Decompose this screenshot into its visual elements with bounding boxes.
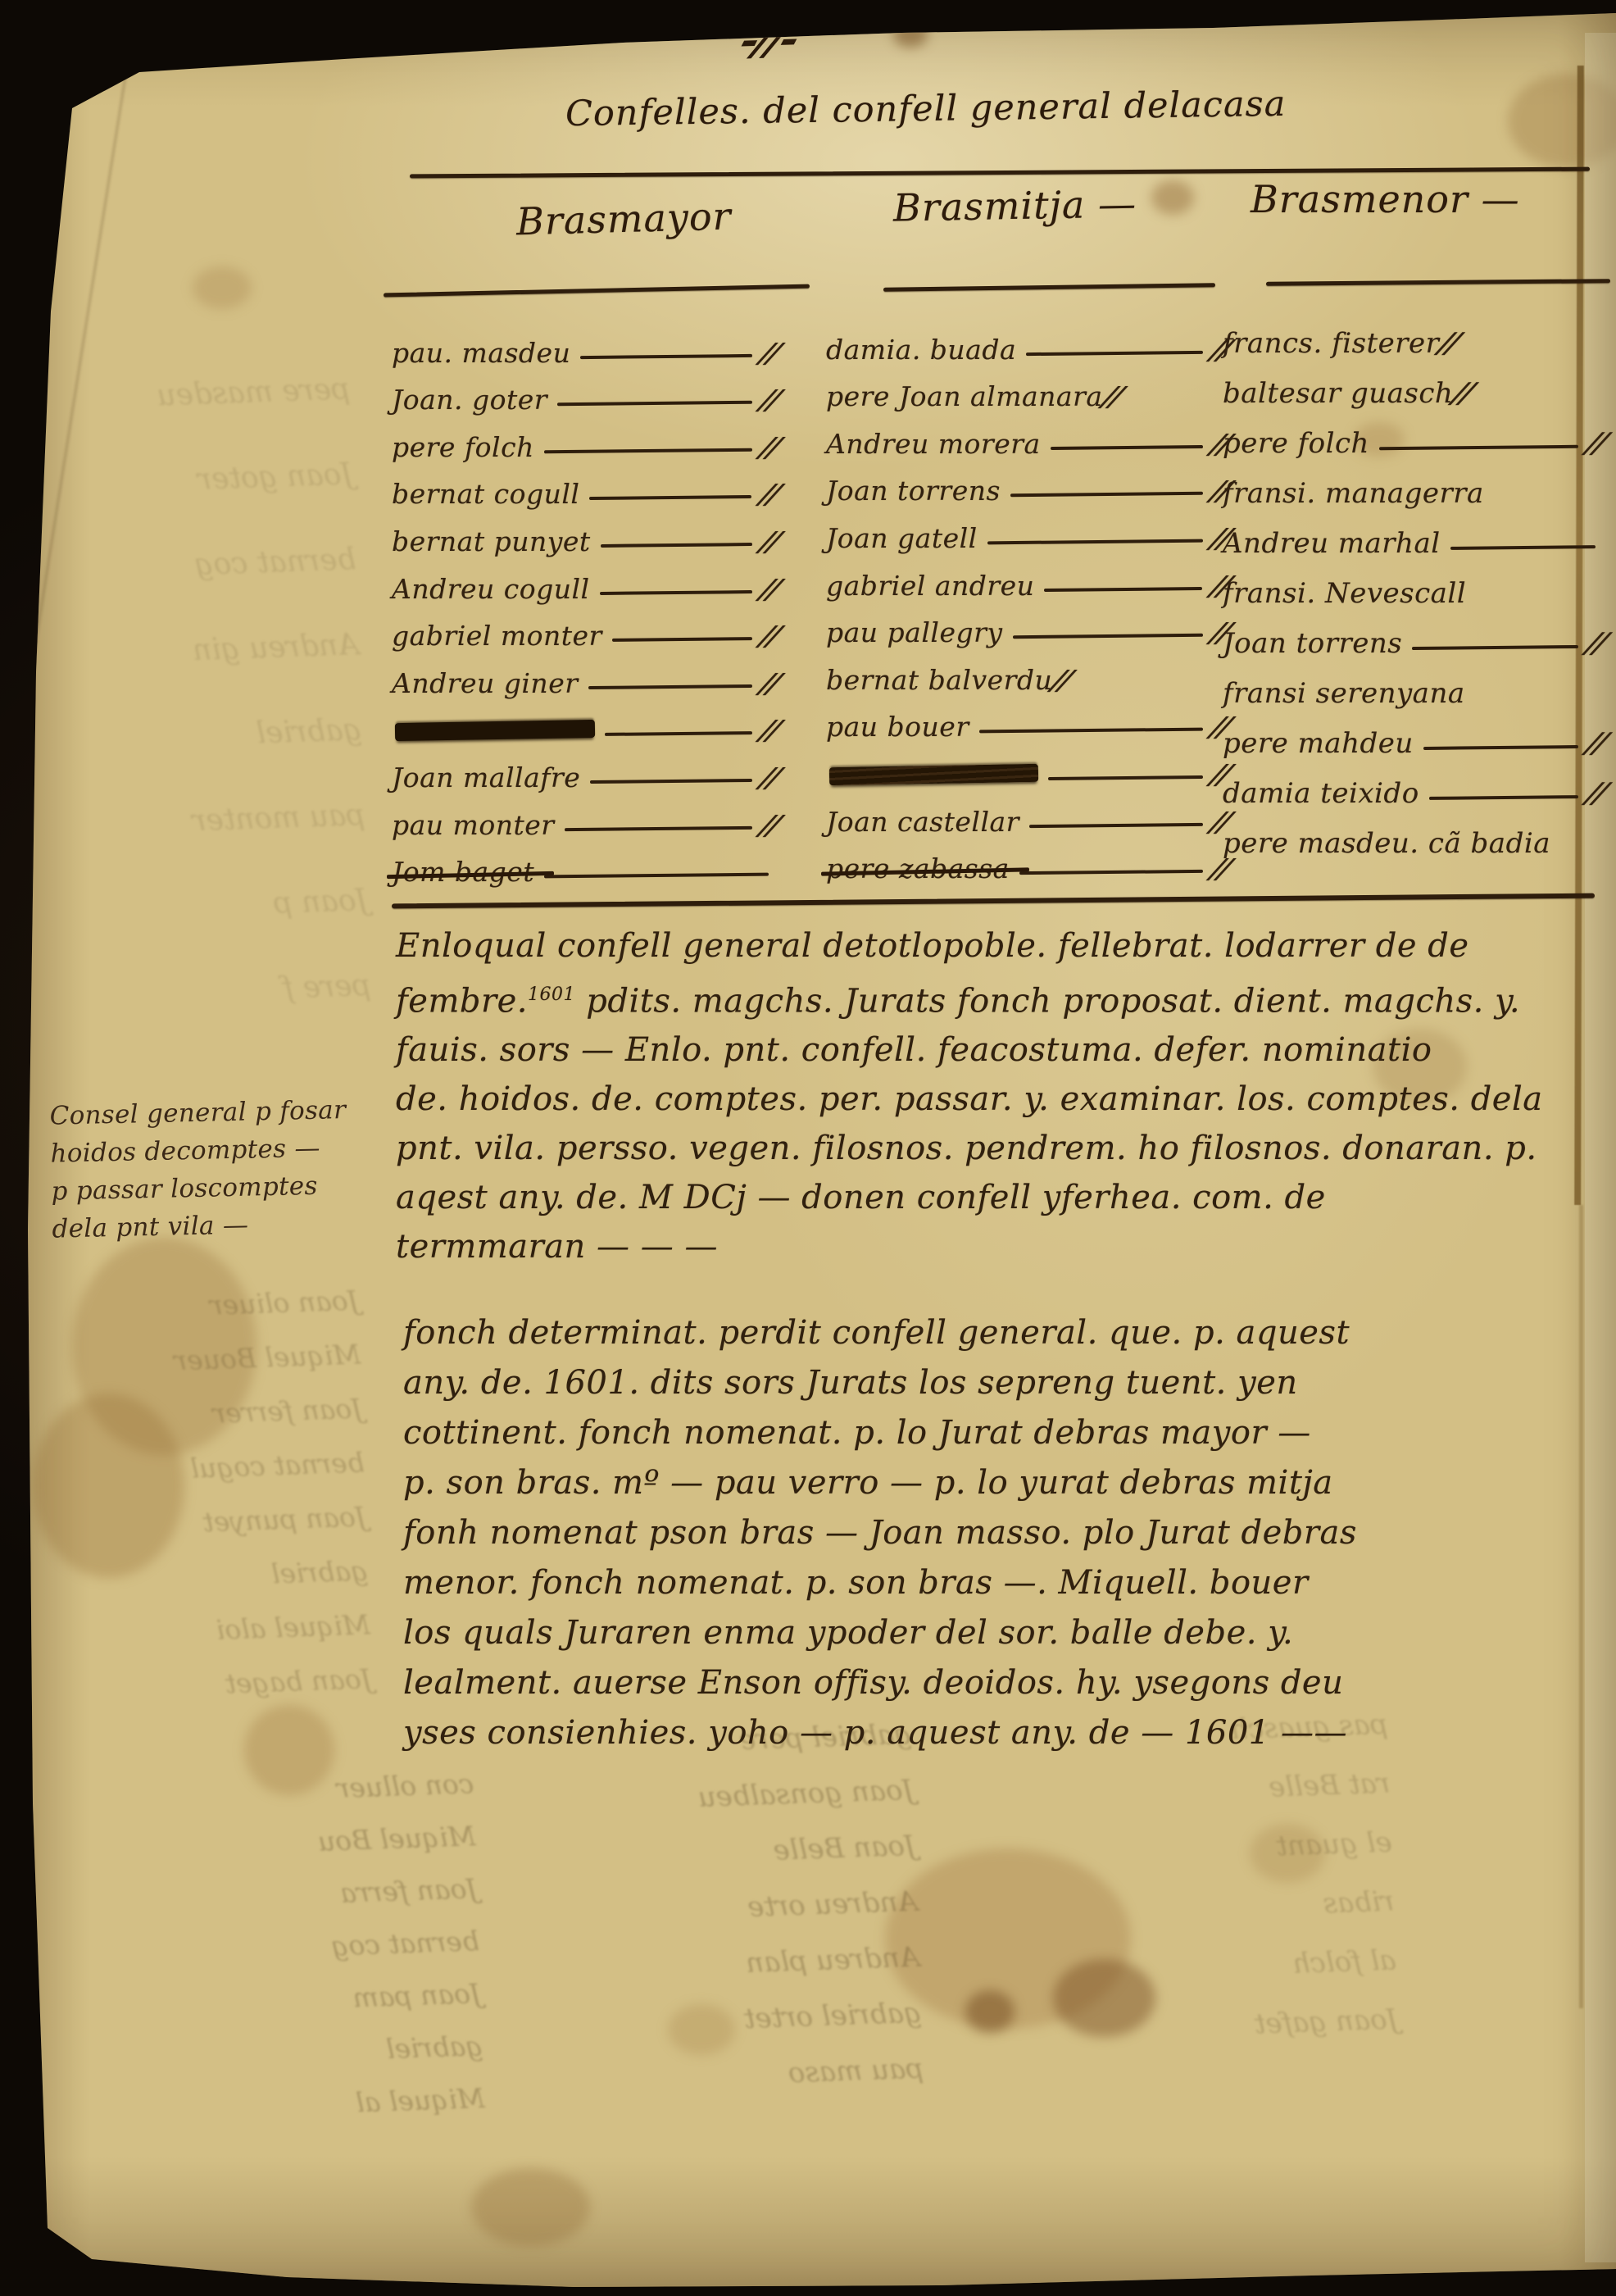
table-row: Joan torrens// [1223,610,1604,660]
filler-dash [589,495,751,500]
tally-mark: // [1580,727,1610,760]
column-header-bras-menor: Brasmenor — [1251,177,1520,221]
bleed-through-line: bernat cog [27,517,357,614]
text-line: fonh nomenat pson bras — Joan masso. plo… [403,1508,1616,1558]
tally-mark: // [754,762,783,793]
person-name: baltesar guasch [1223,377,1453,410]
person-name: Joan. goter [392,384,547,416]
bleed-through-line: pau maso [529,2041,924,2111]
person-name: gabriel andreu [826,570,1034,602]
table-row: Jom baget [392,841,777,889]
table-row: damia teixido// [1223,760,1604,810]
bleed-through-line: Andreu orte [524,1874,919,1944]
header-rule-2 [883,283,1215,292]
table-row: Andreu giner// [392,652,777,699]
name-column-bras-menor: francs. fisterer//baltesar guasch//pere … [1223,310,1604,860]
tally-mark: // [1580,777,1610,810]
filler-dash [987,539,1203,545]
person-name: Andreu giner [392,667,579,699]
note-line: dela pnt vila — [52,1203,413,1248]
tally-mark: // [754,337,783,369]
bleed-through-line: Miquel aloi [58,1598,371,1662]
table-row: pau. masdeu// [392,321,777,369]
table-row: fransi. managerra [1223,460,1604,510]
filler-dash [565,825,752,830]
top-tally-mark: -//- [733,14,804,66]
bleed-through-line: Joan p [39,858,369,955]
bleed-through-line: Joan ferra [198,1862,479,1925]
text-line: los quals Juraren enma ypoder del sor. b… [403,1608,1616,1658]
person-name: fransi. managerra [1223,477,1484,510]
table-row: Joan mallafre// [392,746,777,793]
filler-dash [600,590,752,595]
filler-dash [601,543,752,548]
stain [244,1705,334,1795]
table-row: gabriel andreu// [826,554,1228,602]
person-name: fransi serenyana [1223,677,1465,710]
tally-mark: // [754,478,783,510]
person-name: bernat cogull [392,478,579,510]
filler-dash [1019,870,1203,875]
bleed-through-line: pau monter [36,773,366,870]
person-name: pere folch [392,431,534,463]
filler-dash [1044,587,1202,592]
column-header-bras-mayor: Brasmayor [515,194,732,244]
bleed-through-line: Miquel al [206,2072,486,2135]
bleed-through-line: Andreu gin [30,602,360,699]
person-name: gabriel monter [392,620,602,652]
table-row: Andreu cogull// [392,557,777,605]
stain [885,1848,1131,2029]
table-row: Andreu morera// [826,412,1228,460]
table-row: Joan torrens// [826,460,1228,507]
table-row: // [392,699,777,747]
filler-dash [605,731,752,736]
table-row: // [826,743,1228,790]
table-row: pere folch// [1223,410,1604,460]
bleed-through-line: gabriel [33,688,363,784]
table-row: pere zabassa// [826,838,1228,885]
person-name: pere masdeu. cã badia [1223,827,1550,860]
table-row: damia. buada// [826,318,1228,366]
filler-dash [588,684,751,689]
bleed-through-line: pere f [42,943,372,1040]
text-line: any. de. 1601. dits sors Jurats los sepr… [403,1358,1616,1408]
table-row: gabriel monter// [392,605,777,652]
person-name: Jom baget [392,856,534,888]
tally-mark: // [754,573,783,605]
stain [668,2004,735,2055]
stain [471,2168,590,2246]
filler-dash [1429,795,1579,800]
table-row: bernat cogull// [392,463,777,511]
header-rule-3 [1266,279,1610,286]
fold-crease [0,74,127,948]
text-line: pnt. vila. persso. vegen. filosnos. pend… [396,1124,1605,1173]
filler-dash [544,873,769,879]
bleed-through-line: Joan goter [24,432,354,529]
bleed-through-line: Joan baget [60,1652,373,1716]
text-line: termmaran — — — [396,1222,1605,1271]
bleed-through-line: pere masdeu [21,347,352,443]
text-line: lealment. auerse Enson offisy. deoidos. … [403,1658,1616,1708]
text-line: aqest any. de. M DCj — donen confell yfe… [396,1173,1605,1222]
text-line: yses consienhies. yoho — p. aquest any. … [403,1708,1616,1758]
text-line: Enloqual confell general detotlopoble. f… [396,921,1605,971]
filler-dash [1423,745,1578,750]
parchment-page: pere masdeuJoan goterbernat cogAndreu gi… [0,0,1616,2296]
person-name: pere Joan almanara [826,380,1103,412]
tally-mark: // [754,620,783,652]
filler-dash [612,637,752,642]
text-line: fembre.1601 pdits. magchs. Jurats fonch … [396,971,1605,1025]
text-line: fonch determinat. perdit confell general… [403,1308,1616,1358]
person-name: francs. fisterer [1223,327,1439,360]
person-name: pere zabassa [826,852,1010,884]
filler-dash [1051,445,1203,450]
table-row: pau monter// [392,793,777,841]
bleed-through-line: bernat cogul [52,1435,365,1500]
bleed-through-bottom-center: gabriel pereJoan gonsalbeuJoan BelleAndr… [518,1707,924,2110]
person-name: bernat balverdu [826,664,1052,696]
bleed-through-line: gabriel [203,2020,483,2082]
filler-dash [1412,645,1578,650]
bleed-through-line: bernat cog [200,1915,480,1977]
tally-mark: // [754,714,783,746]
table-row: Joan castellar// [826,790,1228,838]
stain [1250,1824,1325,1883]
bleed-through-left-upper: pere masdeuJoan goterbernat cogAndreu gi… [21,347,373,1039]
struck-out-name-blot [395,720,596,741]
tally-mark: // [754,667,783,699]
name-column-bras-mitja: damia. buada//pere Joan almanara//Andreu… [826,318,1228,884]
text-line: fauis. sors — Enlo. pnt. confell. feacos… [396,1025,1605,1075]
person-name: pau bouer [826,711,969,743]
filler-dash [1048,775,1203,780]
bleed-through-line: Joan Belle [522,1818,917,1888]
table-row: pere folch// [392,416,777,463]
name-column-bras-mayor: pau. masdeu//Joan. goter//pere folch//be… [392,321,777,888]
filler-dash [590,779,752,784]
marginal-note: Consel general p fosarhoidos decomptes —… [49,1089,413,1248]
person-name: Joan torrens [826,475,1001,507]
bleed-through-line: Joan gonsalbeu [520,1762,915,1832]
stain [893,21,928,48]
bleed-through-line: gabriel ortet [528,1985,923,2055]
person-name: bernat punyet [392,525,591,557]
tally-mark: // [754,525,783,557]
stain [72,1238,256,1455]
person-name: pau. masdeu [392,337,570,369]
bleed-through-line: Joan punyet [54,1489,367,1554]
tally-mark: // [1580,627,1610,660]
filler-dash [1450,545,1596,550]
tally-mark: // [1580,427,1610,460]
person-name: pau monter [392,809,555,841]
filler-dash [1010,492,1203,497]
person-name: damia. buada [826,334,1016,366]
text-line: de. hoidos. de. comptes. per. passar. y.… [396,1075,1605,1124]
struck-out-name-blot [829,764,1038,785]
stain [1151,180,1194,215]
filler-dash [557,401,752,406]
person-name: Andreu cogull [392,573,590,605]
table-row: bernat punyet// [392,510,777,557]
filler-dash [1013,634,1203,639]
stain [965,1990,1015,2033]
bleed-through-line: Joan gafet [1045,1989,1399,2061]
person-name: Joan torrens [1223,627,1402,660]
bleed-through-left-lower: Joan oliuerMiquel BouerJoan ferrerbernat… [47,1274,373,1717]
table-row: pau bouer// [826,696,1228,743]
table-row: pere mahdeu// [1223,710,1604,760]
bleed-through-line: el guant [1039,1813,1393,1885]
tally-mark: // [754,809,783,841]
bleed-through-line: Andreu plan [525,1930,920,1999]
table-row: Andreu marhal [1223,510,1604,560]
table-row: baltesar guasch// [1223,360,1604,410]
bleed-through-line: gabriel [56,1544,369,1608]
stain [193,266,252,309]
bleed-through-line: rat Belle [1037,1754,1391,1825]
filler-dash [1026,350,1203,355]
filler-dash [1379,445,1578,451]
table-row: pere masdeu. cã badia [1223,810,1604,860]
text-line: p. son bras. mº — pau verro — p. lo yura… [403,1458,1616,1508]
folio-number: 14 [66,45,116,88]
page-title: Confelles. del confell general delacasa [565,84,1287,134]
filler-dash [580,353,752,358]
manuscript-scan: pere masdeuJoan goterbernat cogAndreu gi… [0,0,1616,2296]
stain [1508,74,1616,168]
bleed-through-bottom-left: con olluerMiquel BouJoan ferrabernat cog… [194,1757,485,2135]
bleed-through-line: ribas [1041,1871,1395,1943]
table-row: bernat balverdu// [826,648,1228,696]
table-row: fransi. Nevescall [1223,560,1604,610]
paragraph-2: fonch determinat. perdit confell general… [403,1308,1616,1758]
bleed-through-line: Joan oliuer [47,1274,360,1339]
text-line: menor. fonch nomenat. p. son bras —. Miq… [403,1558,1616,1608]
column-header-bras-mitja: Brasmitja — [893,181,1137,230]
header-rule-1 [384,284,810,298]
tally-mark: // [754,431,783,463]
bleed-through-line: Miquel Bou [197,1810,477,1872]
text-line: cottinent. fonch nomenat. p. lo Jurat de… [403,1408,1616,1458]
table-row: Joan gatell// [826,507,1228,554]
superscript-year: 1601 [528,984,575,1005]
person-name: fransi. Nevescall [1223,577,1466,610]
bleed-through-line: con olluer [194,1757,474,1820]
section-divider-rule [392,893,1595,909]
table-row: francs. fisterer// [1223,310,1604,360]
bleed-through-line: Joan pam [202,1967,482,2030]
person-name: pere folch [1223,427,1369,460]
person-name: damia teixido [1223,777,1419,810]
stain [33,1394,184,1578]
bleed-through-line: Miquel Bouer [48,1327,361,1392]
filler-dash [544,448,752,453]
tally-mark: // [754,384,783,416]
table-row: pau pallegry// [826,602,1228,649]
person-name: Joan mallafre [392,762,580,793]
table-row: fransi serenyana [1223,660,1604,710]
person-name: Joan castellar [826,806,1019,838]
table-row: pere Joan almanara// [826,366,1228,413]
person-name: Joan gatell [826,522,978,554]
person-name: Andreu morera [826,428,1041,460]
filler-dash [1029,822,1203,827]
person-name: Andreu marhal [1223,527,1441,560]
stain [1053,1959,1155,2037]
table-row: Joan. goter// [392,369,777,416]
bleed-through-line: Joan ferrer [51,1381,364,1446]
filler-dash [979,728,1203,734]
bleed-through-line: al folch [1043,1930,1397,2002]
person-name: pau pallegry [826,616,1003,648]
paragraph-1: Enloqual confell general detotlopoble. f… [396,921,1605,1271]
person-name: pere mahdeu [1223,727,1414,760]
